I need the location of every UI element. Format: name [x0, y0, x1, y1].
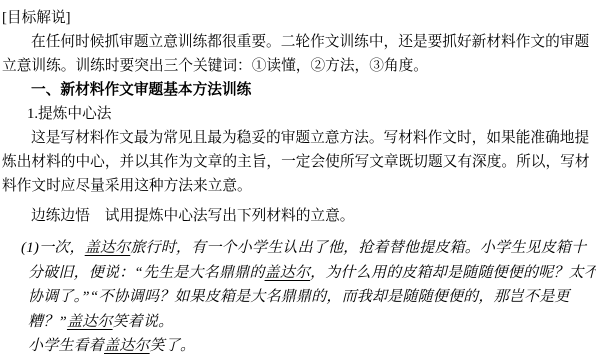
proper-noun-underline: 盖达尔 [85, 240, 131, 256]
material-line-3: 协调了。”“不协调吗？如果皮箱是大名鼎鼎的，而我却是随随便便的，那岂不是更 [2, 285, 596, 310]
method-body-line-2: 炼出材料的中心，并以其作为文章的主旨，一定会使所写文章既切题又有深度。所以，写材 [2, 150, 596, 174]
material-text: ，为什么用的皮箱却是随随便便的呢？太不 [310, 265, 596, 281]
material-text: (1)一次， [21, 240, 85, 256]
material-quote-block: (1)一次，盖达尔旅行时，有一个小学生认出了他，抢着替他提皮箱。小学生见皮箱十 … [2, 236, 596, 359]
intro-line-2: 立意训练。训练时要突出三个关键词：①读懂，②方法，③角度。 [2, 54, 596, 78]
material-line-4: 糟？”盖达尔笑着说。 [2, 310, 596, 335]
practice-label: 边练边悟 [31, 208, 90, 224]
proper-noun-underline: 盖达尔 [265, 265, 311, 281]
material-line-5: 小学生看着盖达尔笑了。 [2, 334, 596, 359]
practice-task: 试用提炼中心法写出下列材料的立意。 [105, 208, 355, 224]
document-page: [目标解说] 在任何时候抓审题立意训练都很重要。二轮作文训练中，还是要抓好新材料… [0, 0, 596, 361]
material-text: 旅行时，有一个小学生认出了他，抢着替他提皮箱。小学生见皮箱十 [130, 240, 586, 256]
material-text: 笑了。 [150, 338, 196, 354]
material-text: 小学生看着 [28, 338, 104, 354]
proper-noun-underline: 盖达尔 [67, 314, 113, 330]
material-text: 笑着说。 [113, 314, 174, 330]
method-body-line-3: 料作文时应尽量采用这种方法来立意。 [2, 174, 596, 198]
material-line-1: (1)一次，盖达尔旅行时，有一个小学生认出了他，抢着替他提皮箱。小学生见皮箱十 [2, 236, 596, 261]
bracket-tag-heading: [目标解说] [2, 6, 596, 30]
material-text: 分破旧，便说：“先生是大名鼎鼎的 [28, 265, 265, 281]
method-heading: 1.提炼中心法 [2, 102, 596, 126]
method-body-line-1: 这是写材料作文最为常见且最为稳妥的审题立意方法。写材料作文时，如果能准确地提 [2, 126, 596, 150]
material-text: 协调了。”“不协调吗？如果皮箱是大名鼎鼎的，而我却是随随便便的，那岂不是更 [28, 289, 570, 305]
material-line-2: 分破旧，便说：“先生是大名鼎鼎的盖达尔，为什么用的皮箱却是随随便便的呢？太不 [2, 261, 596, 286]
section-heading: 一、新材料作文审题基本方法训练 [2, 78, 596, 102]
intro-line-1: 在任何时候抓审题立意训练都很重要。二轮作文训练中，还是要抓好新材料作文的审题 [2, 30, 596, 54]
material-text: 糟？” [28, 314, 67, 330]
practice-line: 边练边悟试用提炼中心法写出下列材料的立意。 [2, 204, 596, 228]
proper-noun-underline: 盖达尔 [104, 338, 150, 354]
